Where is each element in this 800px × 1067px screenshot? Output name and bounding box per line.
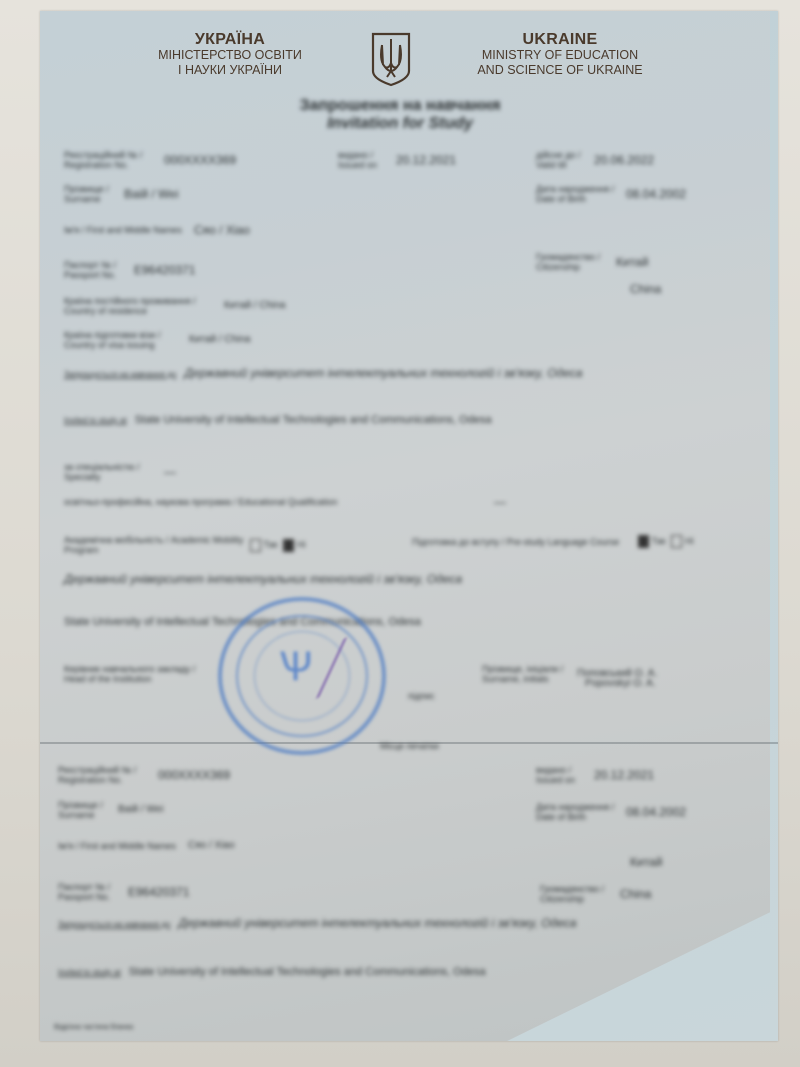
ministry-ua-line2: І НАУКИ УКРАЇНИ: [140, 63, 320, 78]
counterfoil-name: Ім'я / First and Middle NamesСяо / Xiao: [58, 840, 235, 851]
specialty-field: за спеціальністю / Specialty—: [64, 462, 176, 482]
admission-ua-line: Державний університет інтелектуальних те…: [64, 572, 684, 586]
dob-value: 08.04.2002: [626, 189, 686, 199]
passport-value: E96420371: [134, 265, 195, 275]
passport-field: Паспорт № / Passport No.E96420371: [64, 260, 195, 280]
counterfoil-dob: Дата народження / Date of Birth08.04.200…: [536, 802, 686, 822]
institution-ua-line: Запрошується на навчання доДержавний уні…: [64, 366, 704, 382]
head-name-en: Popovskyi O. A.: [575, 678, 656, 689]
counterfoil-citizenship: Громадянство / CitizenshipChina: [540, 884, 651, 904]
mobility-no-checkbox[interactable]: [283, 539, 294, 552]
residence-field: Країна постійного проживання / Country o…: [64, 296, 286, 316]
ministry-en-line2: AND SCIENCE OF UKRAINE: [445, 63, 675, 78]
counterfoil-citizenship-ua: Китай: [620, 856, 662, 867]
institution-en-value: State University of Intellectual Technol…: [135, 414, 492, 426]
title-en: Invitation for Study: [0, 115, 800, 133]
seal-trident-icon: Ѱ: [279, 643, 312, 689]
institution-en-line: Invited to study atState University of I…: [64, 412, 704, 428]
language-course-field: Підготовка до вступу / Pre-study Languag…: [412, 535, 694, 548]
country-en: UKRAINE: [445, 31, 675, 48]
first-name-field: Ім'я / First and Middle NamesСяо / Xiao: [64, 224, 250, 235]
document-title: Запрошення на навчання Invitation for St…: [0, 97, 800, 133]
valid-till-field: дійсне до / Valid till20.06.2022: [536, 150, 654, 170]
specialty-value: —: [164, 467, 176, 477]
mobility-yes-checkbox[interactable]: [250, 539, 261, 552]
visa-country-value: Китай / China: [189, 335, 251, 345]
seal-caption: Місце печатки: [380, 740, 439, 751]
academic-mobility-field: Академічна мобільність / Academic Mobili…: [64, 535, 306, 555]
ministry-en-line1: MINISTRY OF EDUCATION: [445, 48, 675, 63]
counterfoil-surname: Прізвище / SurnameВаій / Wei: [58, 800, 163, 820]
issued-value: 20.12.2021: [396, 155, 456, 165]
header-english: UKRAINE MINISTRY OF EDUCATION AND SCIENC…: [445, 31, 675, 78]
counterfoil-institution-en: Invited to study atState University of I…: [58, 964, 698, 980]
surname-field: Прізвище / SurnameВаій / Wei: [64, 184, 179, 204]
signature-caption: підпис: [408, 690, 435, 701]
head-of-institution-field: Керівник навчального закладу / Head of t…: [64, 664, 214, 684]
qualification-field: освітньо-професійна, наукова програма / …: [64, 496, 506, 507]
dob-field: Дата народження / Date of Birth08.04.200…: [536, 184, 686, 204]
header-ukrainian: УКРАЇНА МІНІСТЕРСТВО ОСВІТИ І НАУКИ УКРА…: [140, 31, 320, 78]
citizenship-value-ua: Китай: [616, 257, 648, 267]
citizenship-value-en: China: [620, 283, 661, 294]
citizenship-field: Громадянство / CitizenshipКитай: [536, 252, 648, 272]
registration-value: 000XXXX369: [164, 155, 236, 165]
institution-ua-value: Державний університет інтелектуальних те…: [184, 366, 582, 380]
counterfoil-registration: Реєстраційний № / Registration No.000XXX…: [58, 765, 230, 785]
qualification-value: —: [494, 497, 506, 507]
residence-value: Китай / China: [224, 301, 286, 311]
counterfoil-institution-ua: Запрошується на навчання доДержавний уні…: [58, 916, 698, 932]
title-ua: Запрошення на навчання: [0, 97, 800, 115]
ministry-ua-line1: МІНІСТЕРСТВО ОСВІТИ: [140, 48, 320, 63]
first-name-value: Сяо / Xiao: [194, 225, 250, 235]
valid-till-value: 20.06.2022: [594, 155, 654, 165]
counterfoil-passport: Паспорт № / Passport No.E96420371: [58, 882, 189, 902]
country-ua: УКРАЇНА: [140, 31, 320, 48]
counterfoil-footer-note: Відрізна частина бланка: [54, 1024, 133, 1031]
surname-value: Ваій / Wei: [124, 189, 179, 199]
issued-field: видано / Issued on20.12.2021: [338, 150, 456, 170]
trident-coat-of-arms-icon: [370, 31, 412, 87]
counterfoil-issued: видано / Issued on20.12.2021: [536, 765, 654, 785]
visa-country-field: Країна підготовки візи / Country of visa…: [64, 330, 251, 350]
language-yes-checkbox[interactable]: [638, 535, 649, 548]
registration-field: Реєстраційний № / Registration No.000XXX…: [64, 150, 236, 170]
admission-en-line: State University of Intellectual Technol…: [64, 614, 684, 629]
language-no-checkbox[interactable]: [671, 535, 682, 548]
